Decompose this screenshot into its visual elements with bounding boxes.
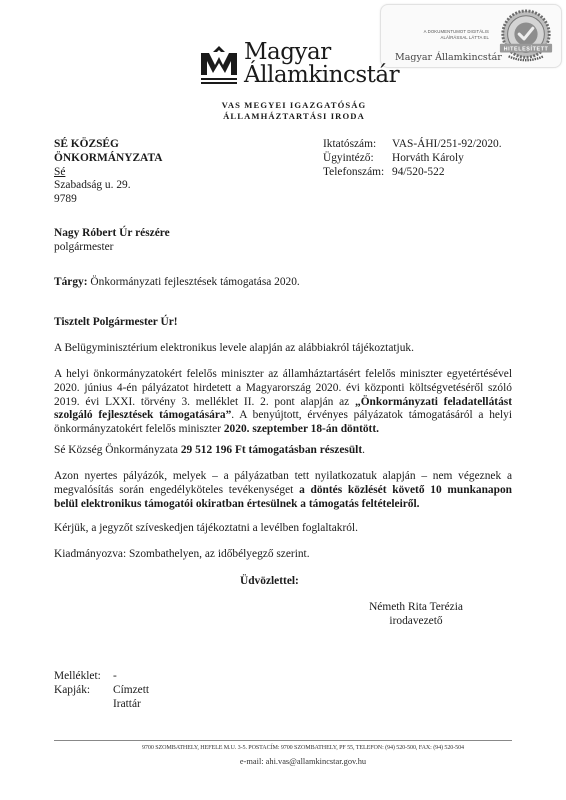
signer-title: irodavezető	[356, 615, 476, 629]
grant-text: Sé Község Önkormányzata	[54, 444, 181, 456]
paragraph-issued: Kiadmányozva: Szombathelyen, az időbélye…	[54, 548, 512, 562]
office-name-line2: ÁLLAMHÁZTARTÁSI IRODA	[0, 111, 566, 121]
recipient-zip: 9789	[54, 193, 162, 207]
recipient-item: Irattár	[113, 698, 149, 712]
digital-signature-badge: A DOKUMENTUMOT DIGITÁLIS ALÁÍRÁSSAL LÁTT…	[380, 4, 562, 68]
logo-wordmark-line2: Államkincstár	[244, 63, 399, 87]
attachment-label: Melléklet:	[54, 670, 113, 684]
reference-row: Ügyintéző: Horváth Károly	[323, 152, 502, 166]
addressee-title: polgármester	[54, 241, 170, 255]
salutation: Tisztelt Polgármester Úr!	[54, 316, 178, 330]
attachments-block: Melléklet: - Kapják: Címzett Irattár	[54, 670, 149, 711]
recipients-list: Címzett Irattár	[113, 684, 149, 712]
addressee-name: Nagy Róbert Úr részére	[54, 227, 170, 241]
recipient-block: SÉ KÖZSÉG ÖNKORMÁNYZATA Sé Szabadság u. …	[54, 138, 162, 207]
recipients-label: Kapják:	[54, 684, 113, 712]
reference-value: VAS-ÁHI/251-92/2020.	[392, 138, 502, 152]
signature-note-line2: ALÁÍRÁSSAL LÁTTA EL	[399, 35, 489, 41]
paragraph-grant: Sé Község Önkormányzata 29 512 196 Ft tá…	[54, 444, 512, 458]
footer-divider	[54, 740, 512, 741]
grant-text-end: .	[362, 444, 365, 456]
reference-value: 94/520-522	[392, 166, 445, 180]
paragraph-notification: Azon nyertes pályázók, melyek – a pályáz…	[54, 470, 512, 511]
recipient-item: Címzett	[113, 684, 149, 698]
reference-label: Iktatószám:	[323, 138, 392, 152]
treasury-logo-icon	[199, 43, 239, 87]
signature-note: A DOKUMENTUMOT DIGITÁLIS ALÁÍRÁSSAL LÁTT…	[399, 29, 489, 41]
footer-address: 9700 SZOMBATHELY, HEFELE M.U. 3-5. POSTA…	[0, 745, 566, 751]
recipient-org-line2: ÖNKORMÁNYZATA	[54, 152, 162, 166]
paragraph-tender: A helyi önkormányzatokért felelős minisz…	[54, 368, 512, 437]
subject-text: Önkormányzati fejlesztések támogatása 20…	[88, 276, 300, 288]
signer-name: Németh Rita Terézia	[356, 601, 476, 615]
attachment-value: -	[113, 670, 117, 684]
recipient-street: Szabadság u. 29.	[54, 179, 162, 193]
recipient-org-line1: SÉ KÖZSÉG	[54, 138, 162, 152]
reference-row: Iktatószám: VAS-ÁHI/251-92/2020.	[323, 138, 502, 152]
signature-issuer: Magyar Államkincstár	[395, 52, 502, 63]
reference-label: Ügyintéző:	[323, 152, 392, 166]
recipient-city: Sé	[54, 166, 162, 180]
signer-block: Németh Rita Terézia irodavezető	[356, 601, 476, 629]
office-name-line1: VAS MEGYEI IGAZGATÓSÁG	[0, 100, 566, 110]
attachment-row: Melléklet: -	[54, 670, 149, 684]
decision-date: 2020. szeptember 18-án döntött.	[224, 423, 379, 435]
grant-amount: 29 512 196 Ft támogatásban részesült	[181, 444, 362, 456]
recipients-row: Kapják: Címzett Irattár	[54, 684, 149, 712]
paragraph-request: Kérjük, a jegyzőt szíveskedjen tájékozta…	[54, 522, 512, 536]
paragraph-intro: A Belügyminisztérium elektronikus levele…	[54, 342, 512, 356]
reference-row: Telefonszám: 94/520-522	[323, 166, 502, 180]
addressee-block: Nagy Róbert Úr részére polgármester	[54, 227, 170, 255]
certified-seal-icon: HITELESÍTETT	[497, 8, 555, 66]
reference-value: Horváth Károly	[392, 152, 464, 166]
svg-text:HITELESÍTETT: HITELESÍTETT	[504, 45, 549, 53]
reference-block: Iktatószám: VAS-ÁHI/251-92/2020. Ügyinté…	[323, 138, 502, 179]
subject-line: Tárgy: Önkormányzati fejlesztések támoga…	[54, 276, 300, 290]
reference-label: Telefonszám:	[323, 166, 392, 180]
closing-greeting: Üdvözlettel:	[240, 575, 299, 589]
subject-label: Tárgy:	[54, 276, 88, 288]
logo-wordmark-line1: Magyar	[244, 40, 331, 64]
footer-email: e-mail: ahi.vas@allamkincstar.gov.hu	[0, 757, 566, 766]
